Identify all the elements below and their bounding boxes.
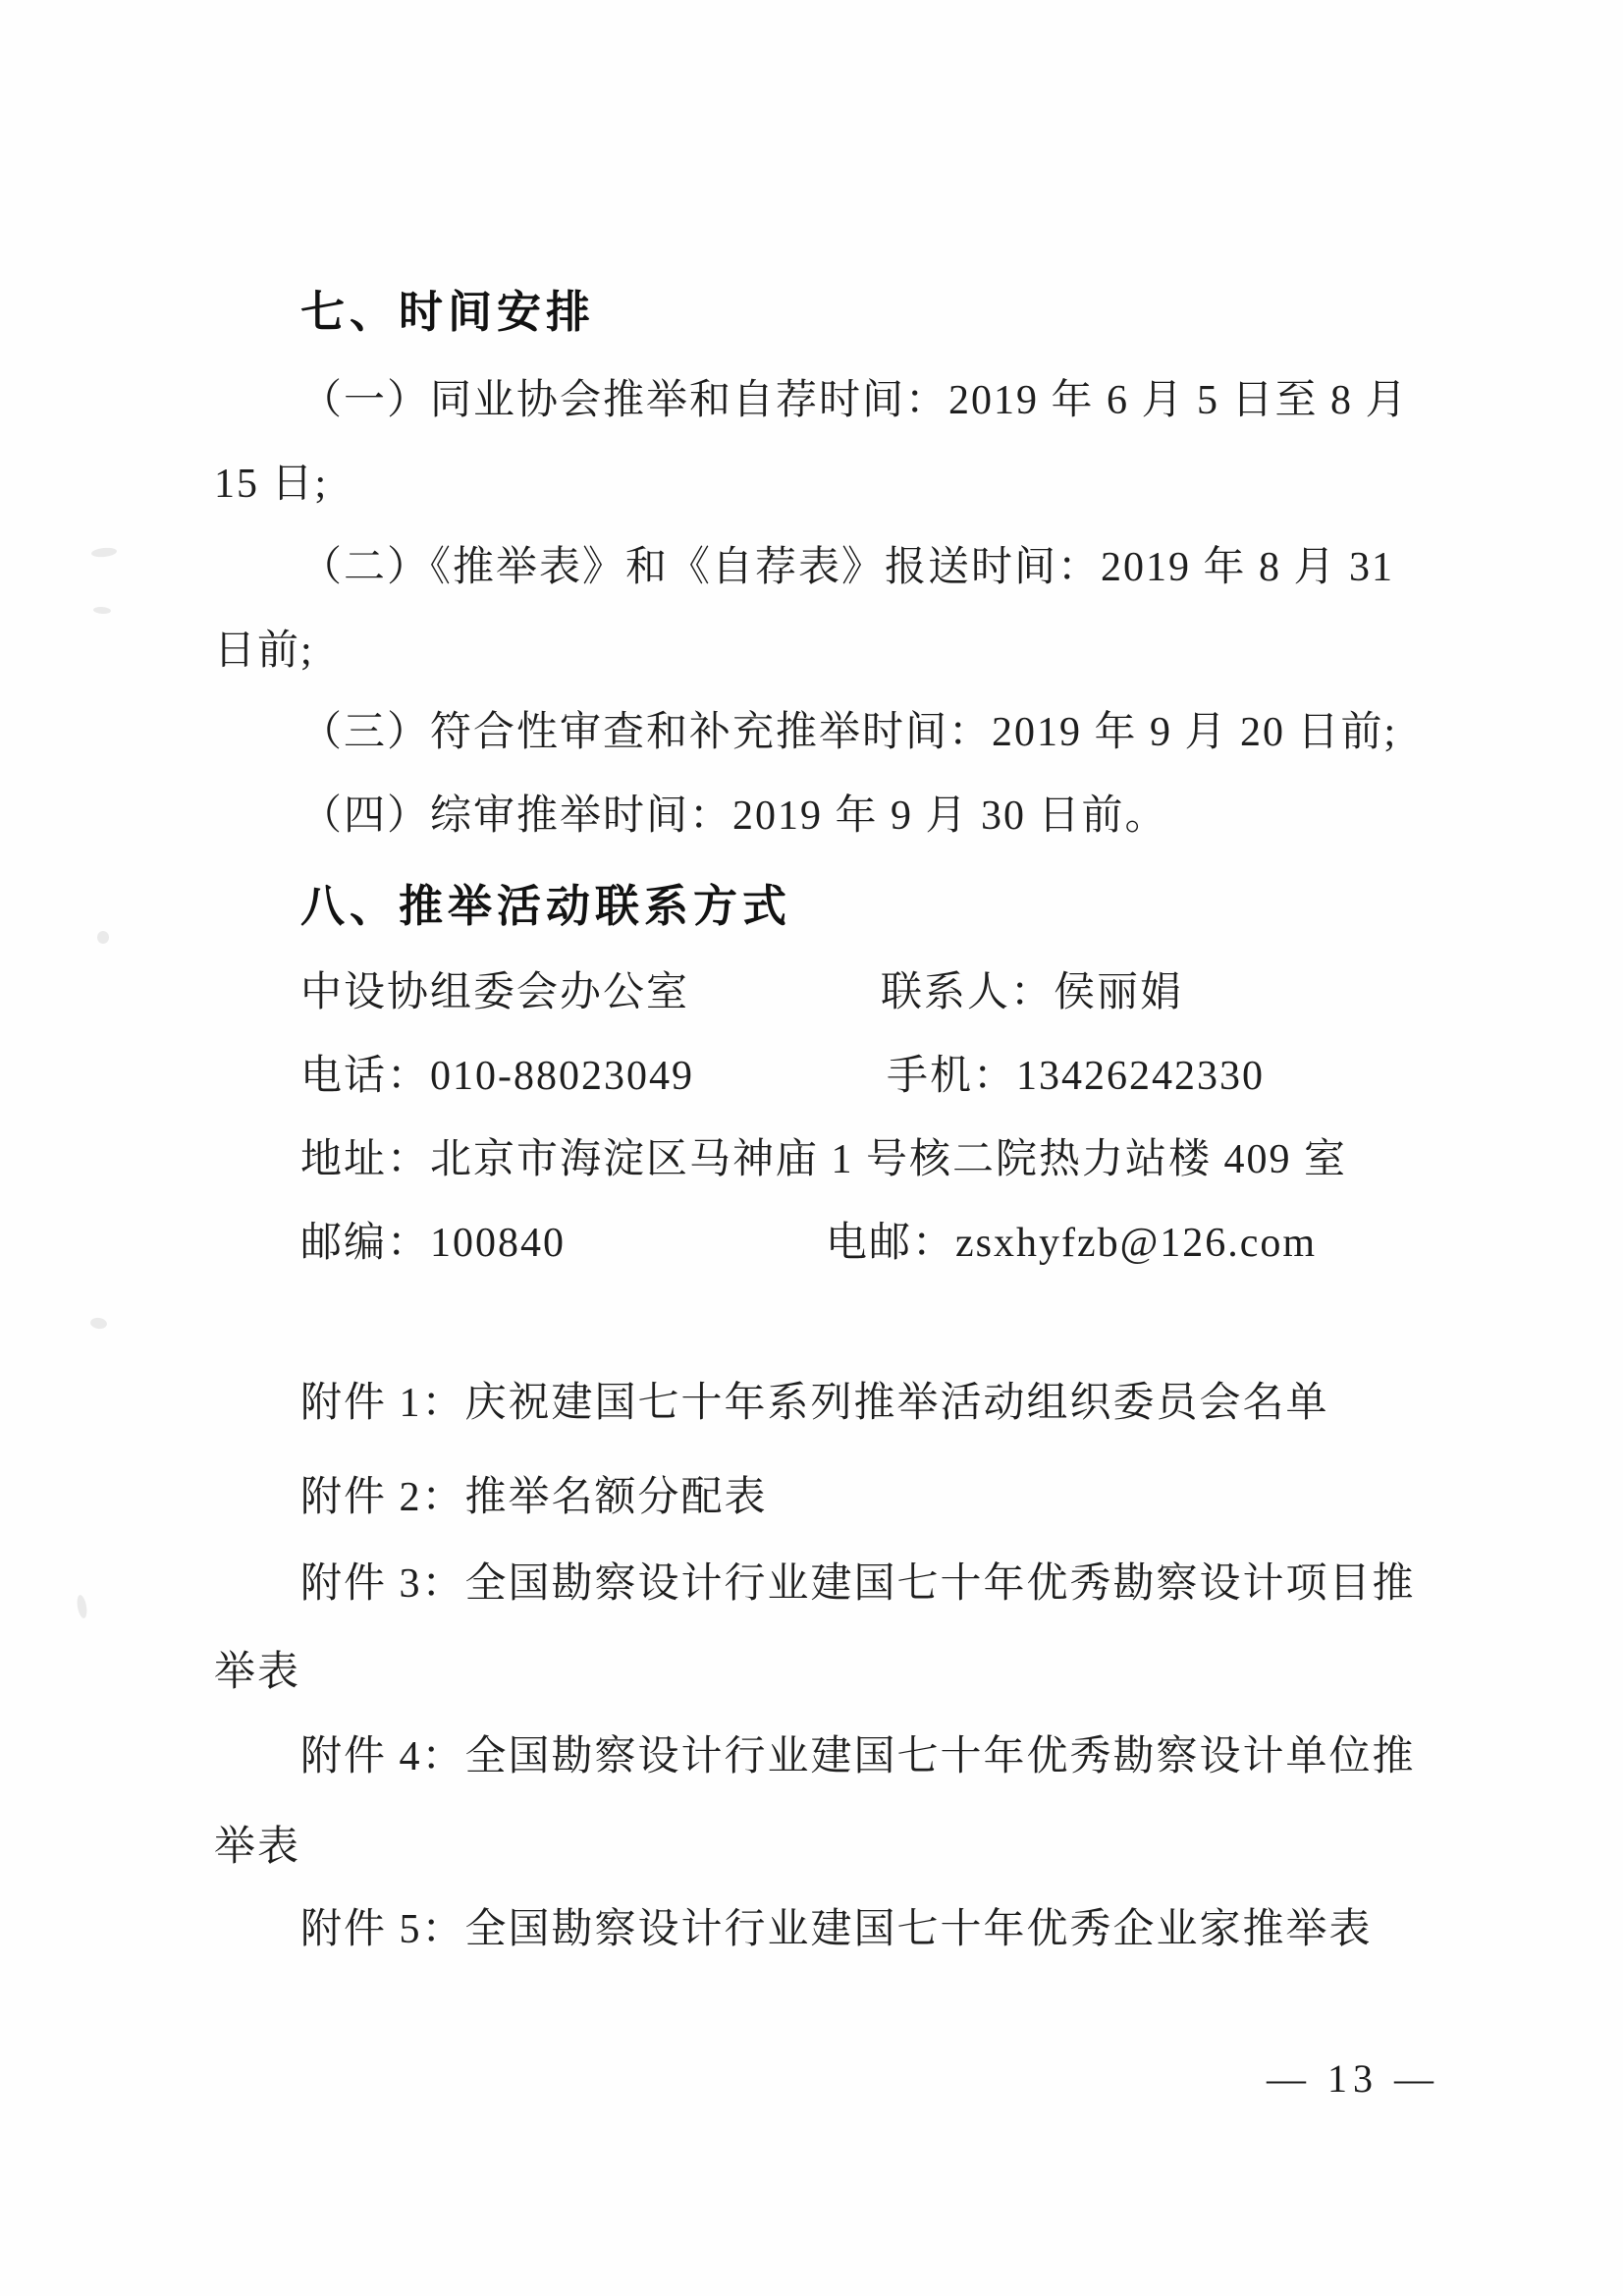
attachment-1: 附件 1：庆祝建国七十年系列推举活动组织委员会名单	[300, 1381, 1329, 1427]
scanned-document-page: 七、时间安排 （一）同业协会推举和自荐时间：2019 年 6 月 5 日至 8 …	[0, 0, 1623, 2296]
contact-address: 地址：北京市海淀区马神庙 1 号核二院热力站楼 409 室	[300, 1137, 1347, 1183]
attachment-4-line-1: 附件 4：全国勘察设计行业建国七十年优秀勘察设计单位推	[300, 1734, 1416, 1780]
attachment-3-line-1: 附件 3：全国勘察设计行业建国七十年优秀勘察设计项目推	[300, 1561, 1416, 1608]
schedule-item-1-line-1: （一）同业协会推举和自荐时间：2019 年 6 月 5 日至 8 月	[300, 378, 1409, 424]
schedule-item-3: （三）符合性审查和补充推举时间：2019 年 9 月 20 日前;	[300, 710, 1397, 756]
schedule-item-4: （四）综审推举时间：2019 年 9 月 30 日前。	[300, 793, 1168, 840]
schedule-item-2-line-2: 日前;	[214, 629, 314, 675]
attachment-3-line-2: 举表	[214, 1650, 300, 1696]
scan-speck	[91, 547, 118, 559]
scan-speck	[89, 1317, 107, 1330]
schedule-item-1-line-2: 15 日;	[214, 462, 328, 508]
contact-row-office: 中设协组委会办公室 联系人：侯丽娟	[300, 970, 689, 1016]
contact-row-postal: 邮编：100840 电邮：zsxhyfzb@126.com	[300, 1221, 566, 1267]
section-8-heading: 八、推举活动联系方式	[300, 882, 791, 931]
contact-person: 联系人：侯丽娟	[881, 970, 1183, 1016]
schedule-item-2-line-1: （二）《推举表》和《自荐表》报送时间：2019 年 8 月 31	[300, 545, 1394, 591]
attachment-5: 附件 5：全国勘察设计行业建国七十年优秀企业家推举表	[300, 1907, 1373, 1953]
scan-speck	[76, 1594, 88, 1618]
contact-email: 电邮：zsxhyfzb@126.com	[826, 1221, 1317, 1267]
scan-speck	[93, 606, 111, 614]
section-7-heading: 七、时间安排	[300, 288, 595, 337]
contact-row-phone: 电话：010-88023049 手机：13426242330	[300, 1054, 694, 1100]
page-number: — 13 —	[1267, 2055, 1439, 2102]
contact-mobile: 手机：13426242330	[887, 1054, 1265, 1100]
attachment-4-line-2: 举表	[214, 1825, 300, 1871]
scan-speck	[97, 931, 109, 944]
contact-phone: 电话：010-88023049	[300, 1054, 694, 1099]
contact-office: 中设协组委会办公室	[300, 970, 689, 1015]
attachment-2: 附件 2：推举名额分配表	[300, 1475, 768, 1521]
contact-postal-code: 邮编：100840	[300, 1221, 566, 1266]
